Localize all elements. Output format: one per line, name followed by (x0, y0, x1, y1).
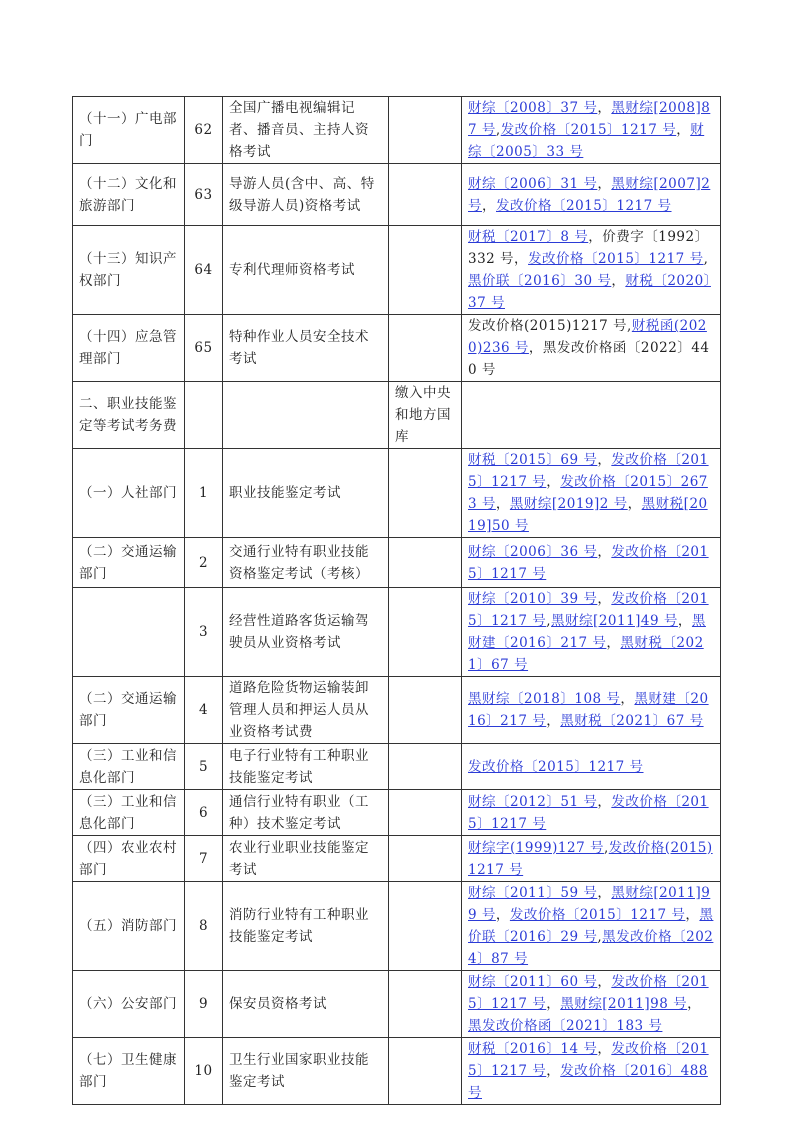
fee-table-body: （十一）广电部门 62 全国广播电视编辑记者、播音员、主持人资格考试 财综〔20… (73, 97, 721, 1105)
treasury-cell (389, 677, 462, 744)
item-number-cell: 2 (185, 538, 223, 588)
item-name-cell: 职业技能鉴定考试 (223, 449, 389, 538)
department-cell: （二）交通运输部门 (73, 538, 185, 588)
item-number-cell: 64 (185, 226, 223, 315)
item-number-cell: 8 (185, 882, 223, 971)
policy-document-link[interactable]: 财税〔2017〕8 号 (468, 229, 588, 245)
policy-text: ， (496, 496, 510, 512)
policy-text: ， (611, 273, 625, 289)
policy-text: ， (546, 1063, 560, 1079)
policy-document-link[interactable]: 财税〔2016〕14 号 (468, 1041, 597, 1057)
item-name-cell: 经营性道路客货运输驾驶员从业资格考试 (223, 588, 389, 677)
policy-document-link[interactable]: 黑财税〔2021〕67 号 (560, 713, 703, 729)
policy-document-link[interactable]: 黑财综〔2018〕108 号 (468, 691, 620, 707)
treasury-cell: 缴入中央和地方国库 (389, 382, 462, 449)
item-number-cell: 5 (185, 744, 223, 790)
policy-basis-cell: 财综〔2006〕31 号，黑财综[2007]2 号，发改价格〔2015〕1217… (462, 164, 721, 226)
item-number-cell: 7 (185, 836, 223, 882)
item-number-cell (185, 382, 223, 449)
policy-text: ， (687, 996, 701, 1012)
policy-text: , (704, 251, 709, 267)
policy-basis-cell: 财综字(1999)127 号,发改价格(2015)1217 号 (462, 836, 721, 882)
policy-basis-cell: 财综〔2011〕59 号，黑财综[2011]99 号，发改价格〔2015〕121… (462, 882, 721, 971)
policy-document-link[interactable]: 财综〔2010〕39 号 (468, 591, 597, 607)
treasury-cell (389, 538, 462, 588)
treasury-cell (389, 971, 462, 1038)
treasury-cell (389, 1038, 462, 1105)
table-row: 3 经营性道路客货运输驾驶员从业资格考试 财综〔2010〕39 号，发改价格〔2… (73, 588, 721, 677)
policy-text: ， (597, 591, 611, 607)
department-cell: （三）工业和信息化部门 (73, 790, 185, 836)
policy-basis-cell: 财税〔2015〕69 号，发改价格〔2015〕1217 号，发改价格〔2015〕… (462, 449, 721, 538)
policy-text: ， (620, 691, 634, 707)
policy-basis-cell: 财税〔2017〕8 号，价费字〔1992〕332 号，发改价格〔2015〕121… (462, 226, 721, 315)
item-name-cell: 农业行业职业技能鉴定考试 (223, 836, 389, 882)
policy-basis-cell: 财综〔2012〕51 号，发改价格〔2015〕1217 号 (462, 790, 721, 836)
policy-document-link[interactable]: 黑价联〔2016〕30 号 (468, 273, 611, 289)
policy-document-link[interactable]: 财综〔2008〕37 号 (468, 100, 597, 116)
policy-document-link[interactable]: 发改价格〔2015〕1217 号 (510, 907, 686, 923)
department-cell: （五）消防部门 (73, 882, 185, 971)
policy-document-link[interactable]: 黑发改价格函〔2021〕183 号 (468, 1018, 662, 1034)
item-number-cell: 4 (185, 677, 223, 744)
policy-basis-cell: 财综〔2011〕60 号，发改价格〔2015〕1217 号，黑财综[2011]9… (462, 971, 721, 1038)
department-cell: （七）卫生健康部门 (73, 1038, 185, 1105)
treasury-cell (389, 588, 462, 677)
policy-text: ， (676, 122, 690, 138)
item-name-cell: 保安员资格考试 (223, 971, 389, 1038)
table-row: （四）农业农村部门 7 农业行业职业技能鉴定考试 财综字(1999)127 号,… (73, 836, 721, 882)
policy-document-link[interactable]: 财综〔2006〕36 号 (468, 544, 597, 560)
treasury-cell (389, 226, 462, 315)
department-cell: （十三）知识产权部门 (73, 226, 185, 315)
item-name-cell: 交通行业特有职业技能资格鉴定考试（考核） (223, 538, 389, 588)
treasury-cell (389, 882, 462, 971)
item-name-cell (223, 382, 389, 449)
treasury-cell (389, 449, 462, 538)
item-number-cell: 63 (185, 164, 223, 226)
policy-text: ， (597, 100, 611, 116)
policy-document-link[interactable]: 财综〔2006〕31 号 (468, 176, 597, 192)
policy-text: ， (678, 613, 692, 629)
policy-text: ， (597, 885, 611, 901)
policy-text: ， (597, 176, 611, 192)
department-cell: （二）交通运输部门 (73, 677, 185, 744)
item-name-cell: 特种作业人员安全技术考试 (223, 315, 389, 382)
table-row: 二、职业技能鉴定等考试考务费 缴入中央和地方国库 (73, 382, 721, 449)
policy-basis-cell: 发改价格(2015)1217 号,财税函(2020)236 号，黑发改价格函〔2… (462, 315, 721, 382)
policy-text: ， (597, 794, 611, 810)
item-name-cell: 道路危险货物运输装卸管理人员和押运人员从业资格考试费 (223, 677, 389, 744)
policy-document-link[interactable]: 黑财综[2011]49 号 (551, 613, 678, 629)
policy-basis-cell: 发改价格〔2015〕1217 号 (462, 744, 721, 790)
table-row: （二）交通运输部门 2 交通行业特有职业技能资格鉴定考试（考核） 财综〔2006… (73, 538, 721, 588)
policy-text: ， (496, 907, 510, 923)
table-row: （二）交通运输部门 4 道路危险货物运输装卸管理人员和押运人员从业资格考试费 黑… (73, 677, 721, 744)
policy-text: ， (546, 996, 560, 1012)
item-name-cell: 全国广播电视编辑记者、播音员、主持人资格考试 (223, 97, 389, 164)
treasury-cell (389, 97, 462, 164)
item-number-cell: 62 (185, 97, 223, 164)
policy-text: 发改价格(2015)1217 号, (468, 318, 632, 334)
policy-basis-cell: 财综〔2008〕37 号，黑财综[2008]87 号,发改价格〔2015〕121… (462, 97, 721, 164)
policy-text: ， (597, 1041, 611, 1057)
department-cell: （十四）应急管理部门 (73, 315, 185, 382)
item-name-cell: 专利代理师资格考试 (223, 226, 389, 315)
policy-document-link[interactable]: 黑财综[2011]98 号 (560, 996, 687, 1012)
treasury-cell (389, 790, 462, 836)
policy-text: ， (597, 974, 611, 990)
department-cell: （六）公安部门 (73, 971, 185, 1038)
item-number-cell: 65 (185, 315, 223, 382)
table-row: （三）工业和信息化部门 5 电子行业特有工种职业技能鉴定考试 发改价格〔2015… (73, 744, 721, 790)
table-row: （十二）文化和旅游部门 63 导游人员(含中、高、特级导游人员)资格考试 财综〔… (73, 164, 721, 226)
item-number-cell: 6 (185, 790, 223, 836)
policy-document-link[interactable]: 财综〔2011〕60 号 (468, 974, 597, 990)
table-row: （七）卫生健康部门 10 卫生行业国家职业技能鉴定考试 财税〔2016〕14 号… (73, 1038, 721, 1105)
policy-text: ， (482, 198, 496, 214)
policy-text: ， (597, 452, 611, 468)
item-number-cell: 10 (185, 1038, 223, 1105)
policy-basis-cell: 黑财综〔2018〕108 号，黑财建〔2016〕217 号，黑财税〔2021〕6… (462, 677, 721, 744)
policy-basis-cell (462, 382, 721, 449)
table-row: （十一）广电部门 62 全国广播电视编辑记者、播音员、主持人资格考试 财综〔20… (73, 97, 721, 164)
item-number-cell: 1 (185, 449, 223, 538)
item-name-cell: 卫生行业国家职业技能鉴定考试 (223, 1038, 389, 1105)
policy-document-link[interactable]: 发改价格〔2015〕1217 号 (528, 251, 704, 267)
department-cell: （一）人社部门 (73, 449, 185, 538)
table-row: （三）工业和信息化部门 6 通信行业特有职业（工种）技术鉴定考试 财综〔2012… (73, 790, 721, 836)
department-cell: （十一）广电部门 (73, 97, 185, 164)
department-cell (73, 588, 185, 677)
department-cell: （四）农业农村部门 (73, 836, 185, 882)
item-name-cell: 通信行业特有职业（工种）技术鉴定考试 (223, 790, 389, 836)
policy-basis-cell: 财综〔2010〕39 号，发改价格〔2015〕1217 号,黑财综[2011]4… (462, 588, 721, 677)
table-row: （十三）知识产权部门 64 专利代理师资格考试 财税〔2017〕8 号，价费字〔… (73, 226, 721, 315)
policy-document-link[interactable]: 财税〔2015〕69 号 (468, 452, 597, 468)
policy-document-link[interactable]: 财综〔2011〕59 号 (468, 885, 597, 901)
policy-basis-cell: 财综〔2006〕36 号，发改价格〔2015〕1217 号 (462, 538, 721, 588)
department-cell: （三）工业和信息化部门 (73, 744, 185, 790)
treasury-cell (389, 164, 462, 226)
table-row: （五）消防部门 8 消防行业特有工种职业技能鉴定考试 财综〔2011〕59 号，… (73, 882, 721, 971)
treasury-cell (389, 836, 462, 882)
policy-text: ， (546, 474, 560, 490)
table-row: （一）人社部门 1 职业技能鉴定考试 财税〔2015〕69 号，发改价格〔201… (73, 449, 721, 538)
fee-table: （十一）广电部门 62 全国广播电视编辑记者、播音员、主持人资格考试 财综〔20… (72, 96, 721, 1105)
policy-basis-cell: 财税〔2016〕14 号，发改价格〔2015〕1217 号，发改价格〔2016〕… (462, 1038, 721, 1105)
department-cell: （十二）文化和旅游部门 (73, 164, 185, 226)
policy-document-link[interactable]: 发改价格〔2015〕1217 号 (501, 122, 677, 138)
policy-document-link[interactable]: 黑财综[2019]2 号 (510, 496, 628, 512)
item-name-cell: 导游人员(含中、高、特级导游人员)资格考试 (223, 164, 389, 226)
item-name-cell: 消防行业特有工种职业技能鉴定考试 (223, 882, 389, 971)
item-number-cell: 9 (185, 971, 223, 1038)
policy-text: ， (606, 635, 620, 651)
department-cell: 二、职业技能鉴定等考试考务费 (73, 382, 185, 449)
item-number-cell: 3 (185, 588, 223, 677)
table-row: （六）公安部门 9 保安员资格考试 财综〔2011〕60 号，发改价格〔2015… (73, 971, 721, 1038)
policy-text: ， (685, 907, 699, 923)
policy-text: ， (597, 544, 611, 560)
table-row: （十四）应急管理部门 65 特种作业人员安全技术考试 发改价格(2015)121… (73, 315, 721, 382)
policy-document-link[interactable]: 财综字(1999)127 号 (468, 840, 604, 856)
item-name-cell: 电子行业特有工种职业技能鉴定考试 (223, 744, 389, 790)
policy-text: ， (628, 496, 642, 512)
policy-document-link[interactable]: 发改价格〔2015〕1217 号 (496, 198, 672, 214)
treasury-cell (389, 315, 462, 382)
treasury-cell (389, 744, 462, 790)
policy-document-link[interactable]: 发改价格〔2015〕1217 号 (468, 759, 644, 775)
policy-text: ， (546, 713, 560, 729)
policy-document-link[interactable]: 财综〔2012〕51 号 (468, 794, 597, 810)
